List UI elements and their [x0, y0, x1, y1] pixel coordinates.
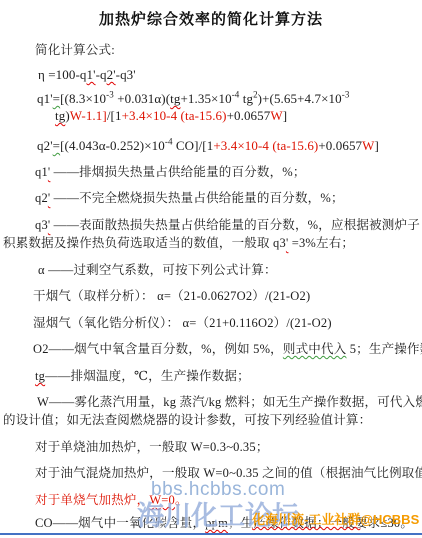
q1-formula-line1: q1'=[(8.3×10-3 +0.031α)(tg+1.35×10-4 tg2… — [37, 91, 349, 106]
q2f-seg: ] — [375, 138, 379, 153]
q1f-seg: +1.35×10 — [180, 91, 231, 106]
q1f-seg: )+(5.65+4.7×10 — [258, 91, 342, 106]
q2f-equals: = — [53, 138, 60, 153]
oil-furnace-rule: 对于单烧油加热炉，一般取 W=0.3~0.35； — [35, 440, 269, 455]
q1d-seg: ——排烟损失热量占供给能量的百分数，%； — [50, 165, 305, 179]
gas-seg: 对于单烧气加热炉， — [35, 493, 149, 507]
q3d1-seg: ——表面散热损失热量占供给能量的百分数，%，应根据被测炉子日常 — [50, 218, 422, 232]
q2f-seg: +0.0657 — [318, 138, 362, 153]
eta-q1-apostrophe: 1' — [87, 67, 96, 82]
tg-seg: ——排烟温度，℃，生产操作数据； — [45, 369, 250, 383]
w-definition-line1: W——雾化蒸汽用量，kg 蒸汽/kg 燃料；如无生产操作数据，可代入燃烧器 — [37, 395, 422, 410]
q2-definition: q2' ——不完全燃烧损失热量占供给能量的百分数，%； — [35, 191, 344, 206]
o2-seg: 5；生产操作数据； — [346, 342, 422, 356]
wet-fluegas-formula: 湿烟气（氧化锆分析仪）： α=（21+0.116O2）/(21-O2) — [33, 316, 332, 331]
intro-line: 简化计算公式: — [35, 43, 115, 58]
q2d-seg: ——不完全燃烧损失热量占供给能量的百分数，%； — [50, 191, 343, 205]
w-definition-line2: 的设计值；如无法查阅燃烧器的设计参数，可按下列经验值计算： — [3, 413, 371, 428]
q1f2-seg: /[1 — [107, 108, 122, 123]
q3d2-seg: =3%左右； — [288, 236, 354, 250]
bottom-blue-rule — [0, 533, 422, 535]
q2-formula: q2'=[(4.043α-0.252)×10-4 CO]/[1+3.4×10-4… — [37, 138, 379, 153]
tg-definition: tg——排烟温度，℃，生产操作数据； — [35, 369, 250, 384]
q1-formula-line2: tg)W-1.1]/[1+3.4×10-4 (ta-15.6)+0.0657W] — [55, 108, 287, 123]
o2-seg: O2——烟气中氧含量百分数，%，例如 5%， — [33, 342, 283, 356]
tg-symbol: tg — [35, 369, 45, 383]
eta-seg: -q3' — [116, 67, 136, 82]
eta-formula: η =100-q1'-q2'-q3' — [38, 67, 136, 82]
q1f-seg: tg — [239, 91, 253, 106]
q1f-seg: +0.031α)( — [114, 91, 170, 106]
eta-seg: -q — [96, 67, 107, 82]
eta-q2-apostrophe: 2' — [107, 67, 116, 82]
o2-grammar-flag: 则式中代入 — [283, 342, 347, 356]
q1-definition: q1' ——排烟损失热量占供给能量的百分数，%； — [35, 165, 306, 180]
q1f-sup: -3 — [106, 90, 114, 100]
dry-fluegas-formula: 干烟气（取样分析）： α=（21-0.0627O2）/(21-O2) — [33, 289, 310, 304]
q1f-seg: q1' — [37, 91, 53, 106]
q2f-red-w: W — [362, 138, 374, 153]
q2f-seg: CO]/[1 — [173, 138, 214, 153]
q1f-seg: [(8.3×10 — [60, 91, 106, 106]
eta-seg: η =100-q — [38, 67, 87, 82]
q1f2-red-w: W — [270, 108, 282, 123]
badge-seg: 化海川流-工业社群 — [252, 512, 360, 527]
alpha-definition: α ——过剩空气系数，可按下列公式计算： — [38, 263, 277, 278]
q1f2-seg: +0.0657 — [227, 108, 271, 123]
q2f-seg: q2' — [37, 138, 53, 153]
page-title: 加热炉综合效率的简化计算方法 — [0, 8, 422, 29]
q1f2-red-seg: W-1.1] — [70, 108, 107, 123]
q1f2-tg: tg — [55, 108, 65, 123]
q1f-equals: = — [53, 91, 60, 106]
q3d2-seg: 积累数据及操作热负荷选取适当的数值，一般取 q3 — [3, 236, 286, 250]
q2f-seg: [(4.043α-0.252)×10 — [60, 138, 165, 153]
q1f-sup: -3 — [342, 90, 350, 100]
q3-definition-line2: 积累数据及操作热负荷选取适当的数值，一般取 q3' =3%左右； — [3, 236, 354, 251]
q1f2-seg: ] — [283, 108, 287, 123]
q2d-seg: q2 — [35, 191, 48, 205]
o2-definition: O2——烟气中氧含量百分数，%，例如 5%，则式中代入 5；生产操作数据； — [33, 342, 422, 357]
badge-seg: @HCBBS — [360, 512, 419, 527]
q2f-red-seg: +3.4×10-4 (ta-15.6) — [213, 138, 318, 153]
q3d1-seg: q3 — [35, 218, 48, 232]
q1f2-red-seg: +3.4×10-4 (ta-15.6) — [122, 108, 227, 123]
document-page: { "page": { "title": "加热炉综合效率的简化计算方法" },… — [0, 0, 422, 538]
q2f-sup: -4 — [165, 137, 173, 147]
q1f-tg: tg — [170, 91, 180, 106]
q3-definition-line1: q3' ——表面散热损失热量占供给能量的百分数，%，应根据被测炉子日常 — [35, 218, 422, 233]
watermark-community-badge: 化海川流-工业社群@HCBBS — [252, 509, 419, 528]
q1d-seg: q1 — [35, 165, 48, 179]
